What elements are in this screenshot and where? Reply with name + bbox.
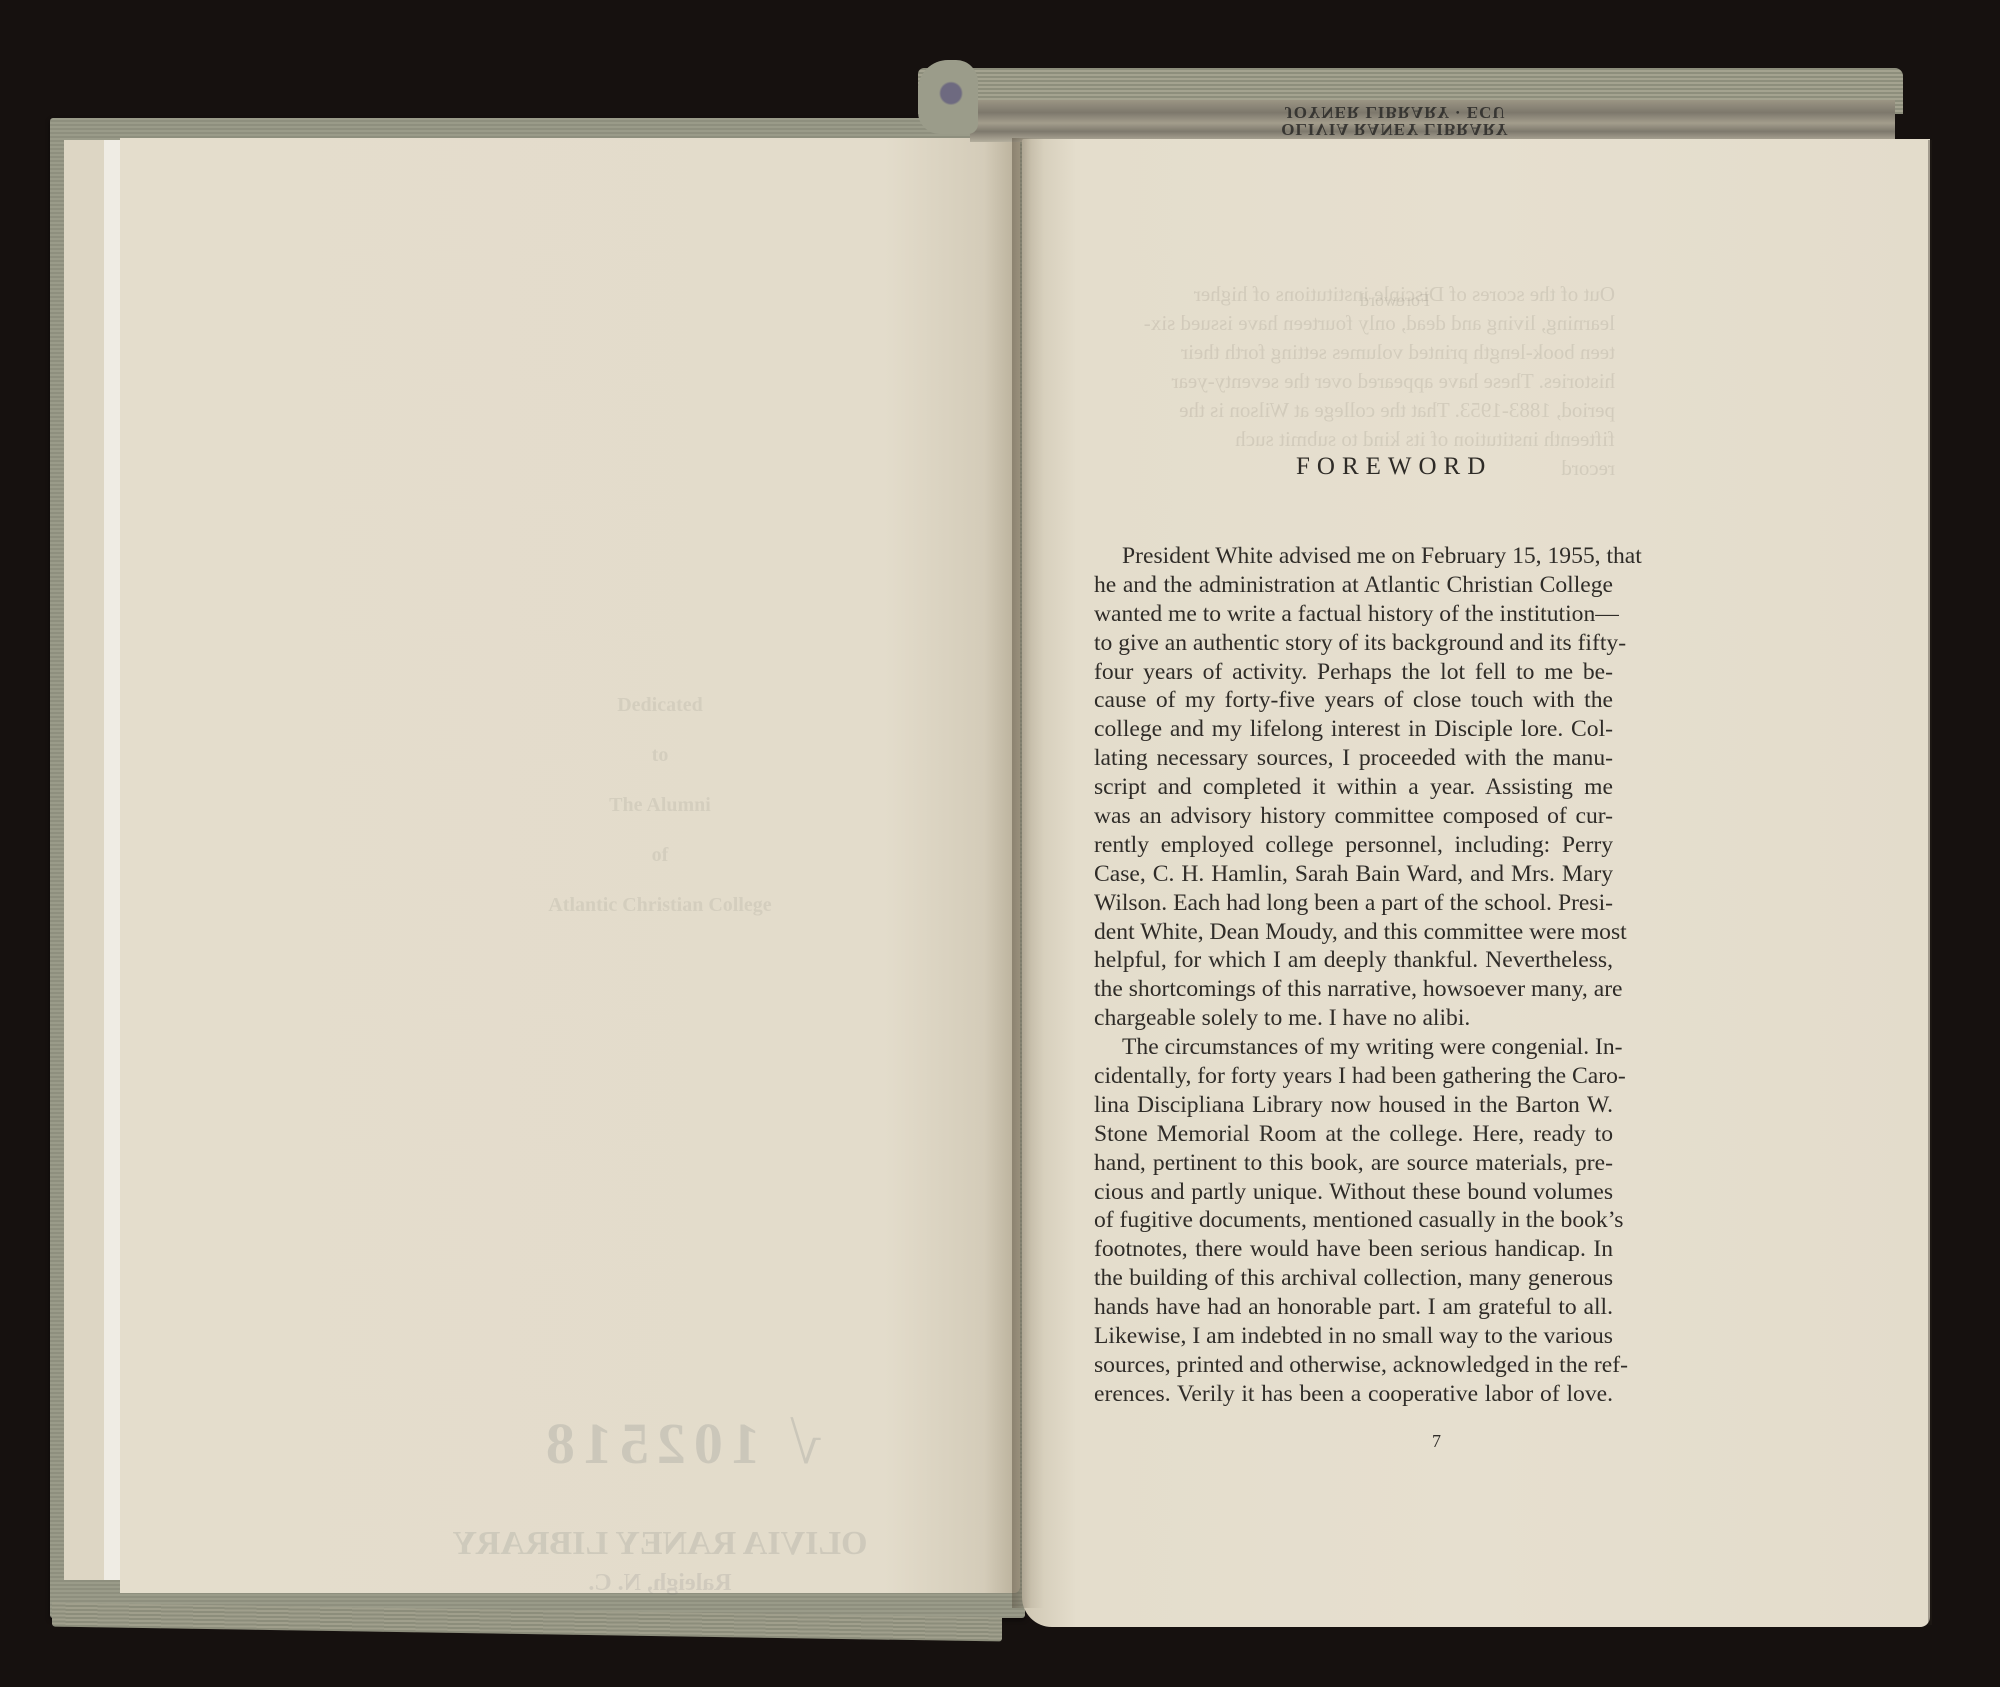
bleed-line: learning, living and dead, only fourteen… (1095, 309, 1615, 338)
text-line: Stone Memorial Room at the college. Here… (1094, 1120, 1613, 1149)
text-line: hands have had an honorable part. I am g… (1094, 1293, 1613, 1322)
left-page-bleed-library-city: Raleigh, N. C. (480, 1570, 840, 1597)
left-page-bleed-library-stamp: OLIVIA RANEY LIBRARY (380, 1525, 940, 1563)
text-line: Wilson. Each had long been a part of the… (1094, 889, 1613, 918)
bleed-line: teen book-length printed volumes setting… (1095, 338, 1615, 367)
gutter-shadow (1012, 138, 1044, 1608)
text-line: to give an authentic story of its backgr… (1094, 629, 1613, 658)
text-line: erences. Verily it has been a cooperativ… (1094, 1380, 1613, 1409)
bleed-line: Dedicated (380, 680, 940, 730)
text-line: lating necessary sources, I proceeded wi… (1094, 744, 1613, 773)
bleed-line: The Alumni (380, 780, 940, 830)
text-line: President White advised me on February 1… (1094, 542, 1613, 571)
left-flyleaf-edge (104, 140, 121, 1580)
text-line: the shortcomings of this narrative, hows… (1094, 975, 1613, 1004)
text-line: helpful, for which I am deeply thankful.… (1094, 946, 1613, 975)
text-line: he and the administration at Atlantic Ch… (1094, 571, 1613, 600)
edge-stamp-line: JOYNER LIBRARY · ECU (1195, 104, 1595, 121)
text-line: chargeable solely to me. I have no alibi… (1094, 1004, 1613, 1033)
bleed-line: fifteenth institution of its kind to sub… (1095, 425, 1615, 454)
text-line: four years of activity. Perhaps the lot … (1094, 658, 1613, 687)
text-line: the building of this archival collection… (1094, 1264, 1613, 1293)
edge-library-stamp: OLIVIA RANEY LIBRARY JOYNER LIBRARY · EC… (1195, 104, 1595, 138)
text-line: college and my lifelong interest in Disc… (1094, 715, 1613, 744)
text-line: cious and partly unique. Without these b… (1094, 1178, 1613, 1207)
page-number: 7 (1432, 1431, 1441, 1452)
text-line: footnotes, there would have been serious… (1094, 1235, 1613, 1264)
foreword-body: President White advised me on February 1… (1094, 542, 1613, 1409)
text-line: cidentally, for forty years I had been g… (1094, 1062, 1613, 1091)
text-line: sources, printed and otherwise, acknowle… (1094, 1351, 1613, 1380)
text-line: rently employed college personnel, inclu… (1094, 831, 1613, 860)
text-line: wanted me to write a factual history of … (1094, 600, 1613, 629)
bleed-line: Atlantic Christian College (380, 880, 940, 930)
text-line: Likewise, I am indebted in no small way … (1094, 1322, 1613, 1351)
text-line: script and completed it within a year. A… (1094, 773, 1613, 802)
bleed-line: to (380, 730, 940, 780)
text-line: lina Discipliana Library now housed in t… (1094, 1091, 1613, 1120)
right-page-edge (1928, 140, 1932, 1625)
edge-stamp-line: OLIVIA RANEY LIBRARY (1195, 121, 1595, 138)
text-line: of fugitive documents, mentioned casuall… (1094, 1206, 1613, 1235)
page-title: FOREWORD (1296, 453, 1492, 481)
text-line: hand, pertinent to this book, are source… (1094, 1149, 1613, 1178)
left-page-bleed-dedication: Dedicated to The Alumni of Atlantic Chri… (380, 680, 940, 930)
text-line: Case, C. H. Hamlin, Sarah Bain Ward, and… (1094, 860, 1613, 889)
bleed-line: histories. These have appeared over the … (1095, 367, 1615, 396)
text-line: was an advisory history committee compos… (1094, 802, 1613, 831)
left-pastedown-strip (64, 140, 105, 1580)
bleed-line: of (380, 830, 940, 880)
text-line: The circumstances of my writing were con… (1094, 1033, 1613, 1062)
text-line: cause of my forty-five years of close to… (1094, 686, 1613, 715)
left-page-bleed-accession-number: √ 102518 (480, 1410, 880, 1477)
bleed-line: Out of the scores of Disciple institutio… (1095, 280, 1615, 309)
book-spread: Dedicated to The Alumni of Atlantic Chri… (0, 0, 2000, 1687)
spine-headband-icon (918, 60, 978, 134)
text-line: dent White, Dean Moudy, and this committ… (1094, 918, 1613, 947)
bleed-line: period, 1883-1953. That the college at W… (1095, 396, 1615, 425)
